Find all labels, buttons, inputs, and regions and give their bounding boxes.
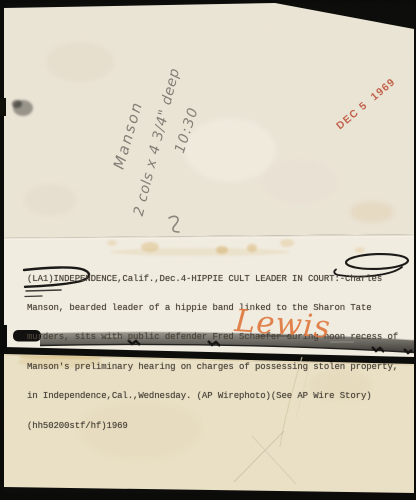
caption-line: murders, sits with public defender Fred … xyxy=(27,333,398,343)
caption-line: Manson, bearded leader of a hippie band … xyxy=(27,304,398,314)
editor-signature: Lewis xyxy=(233,303,332,346)
caption-line: (LA1)INDEPENDENCE,Calif.,Dec.4-HIPPIE CU… xyxy=(27,275,398,285)
caption-line: (hh50200stf/hf)1969 xyxy=(27,422,398,432)
caption-line: Manson's preliminary hearing on charges … xyxy=(27,363,398,373)
typed-caption: (LA1)INDEPENDENCE,Calif.,Dec.4-HIPPIE CU… xyxy=(27,255,398,451)
scanned-photo-back: Manson 2 cols x 4 3/4" deep 10:30 DEC 5 … xyxy=(0,0,416,500)
caption-line: in Independence,Cal.,Wednesday. (AP Wire… xyxy=(27,392,398,402)
